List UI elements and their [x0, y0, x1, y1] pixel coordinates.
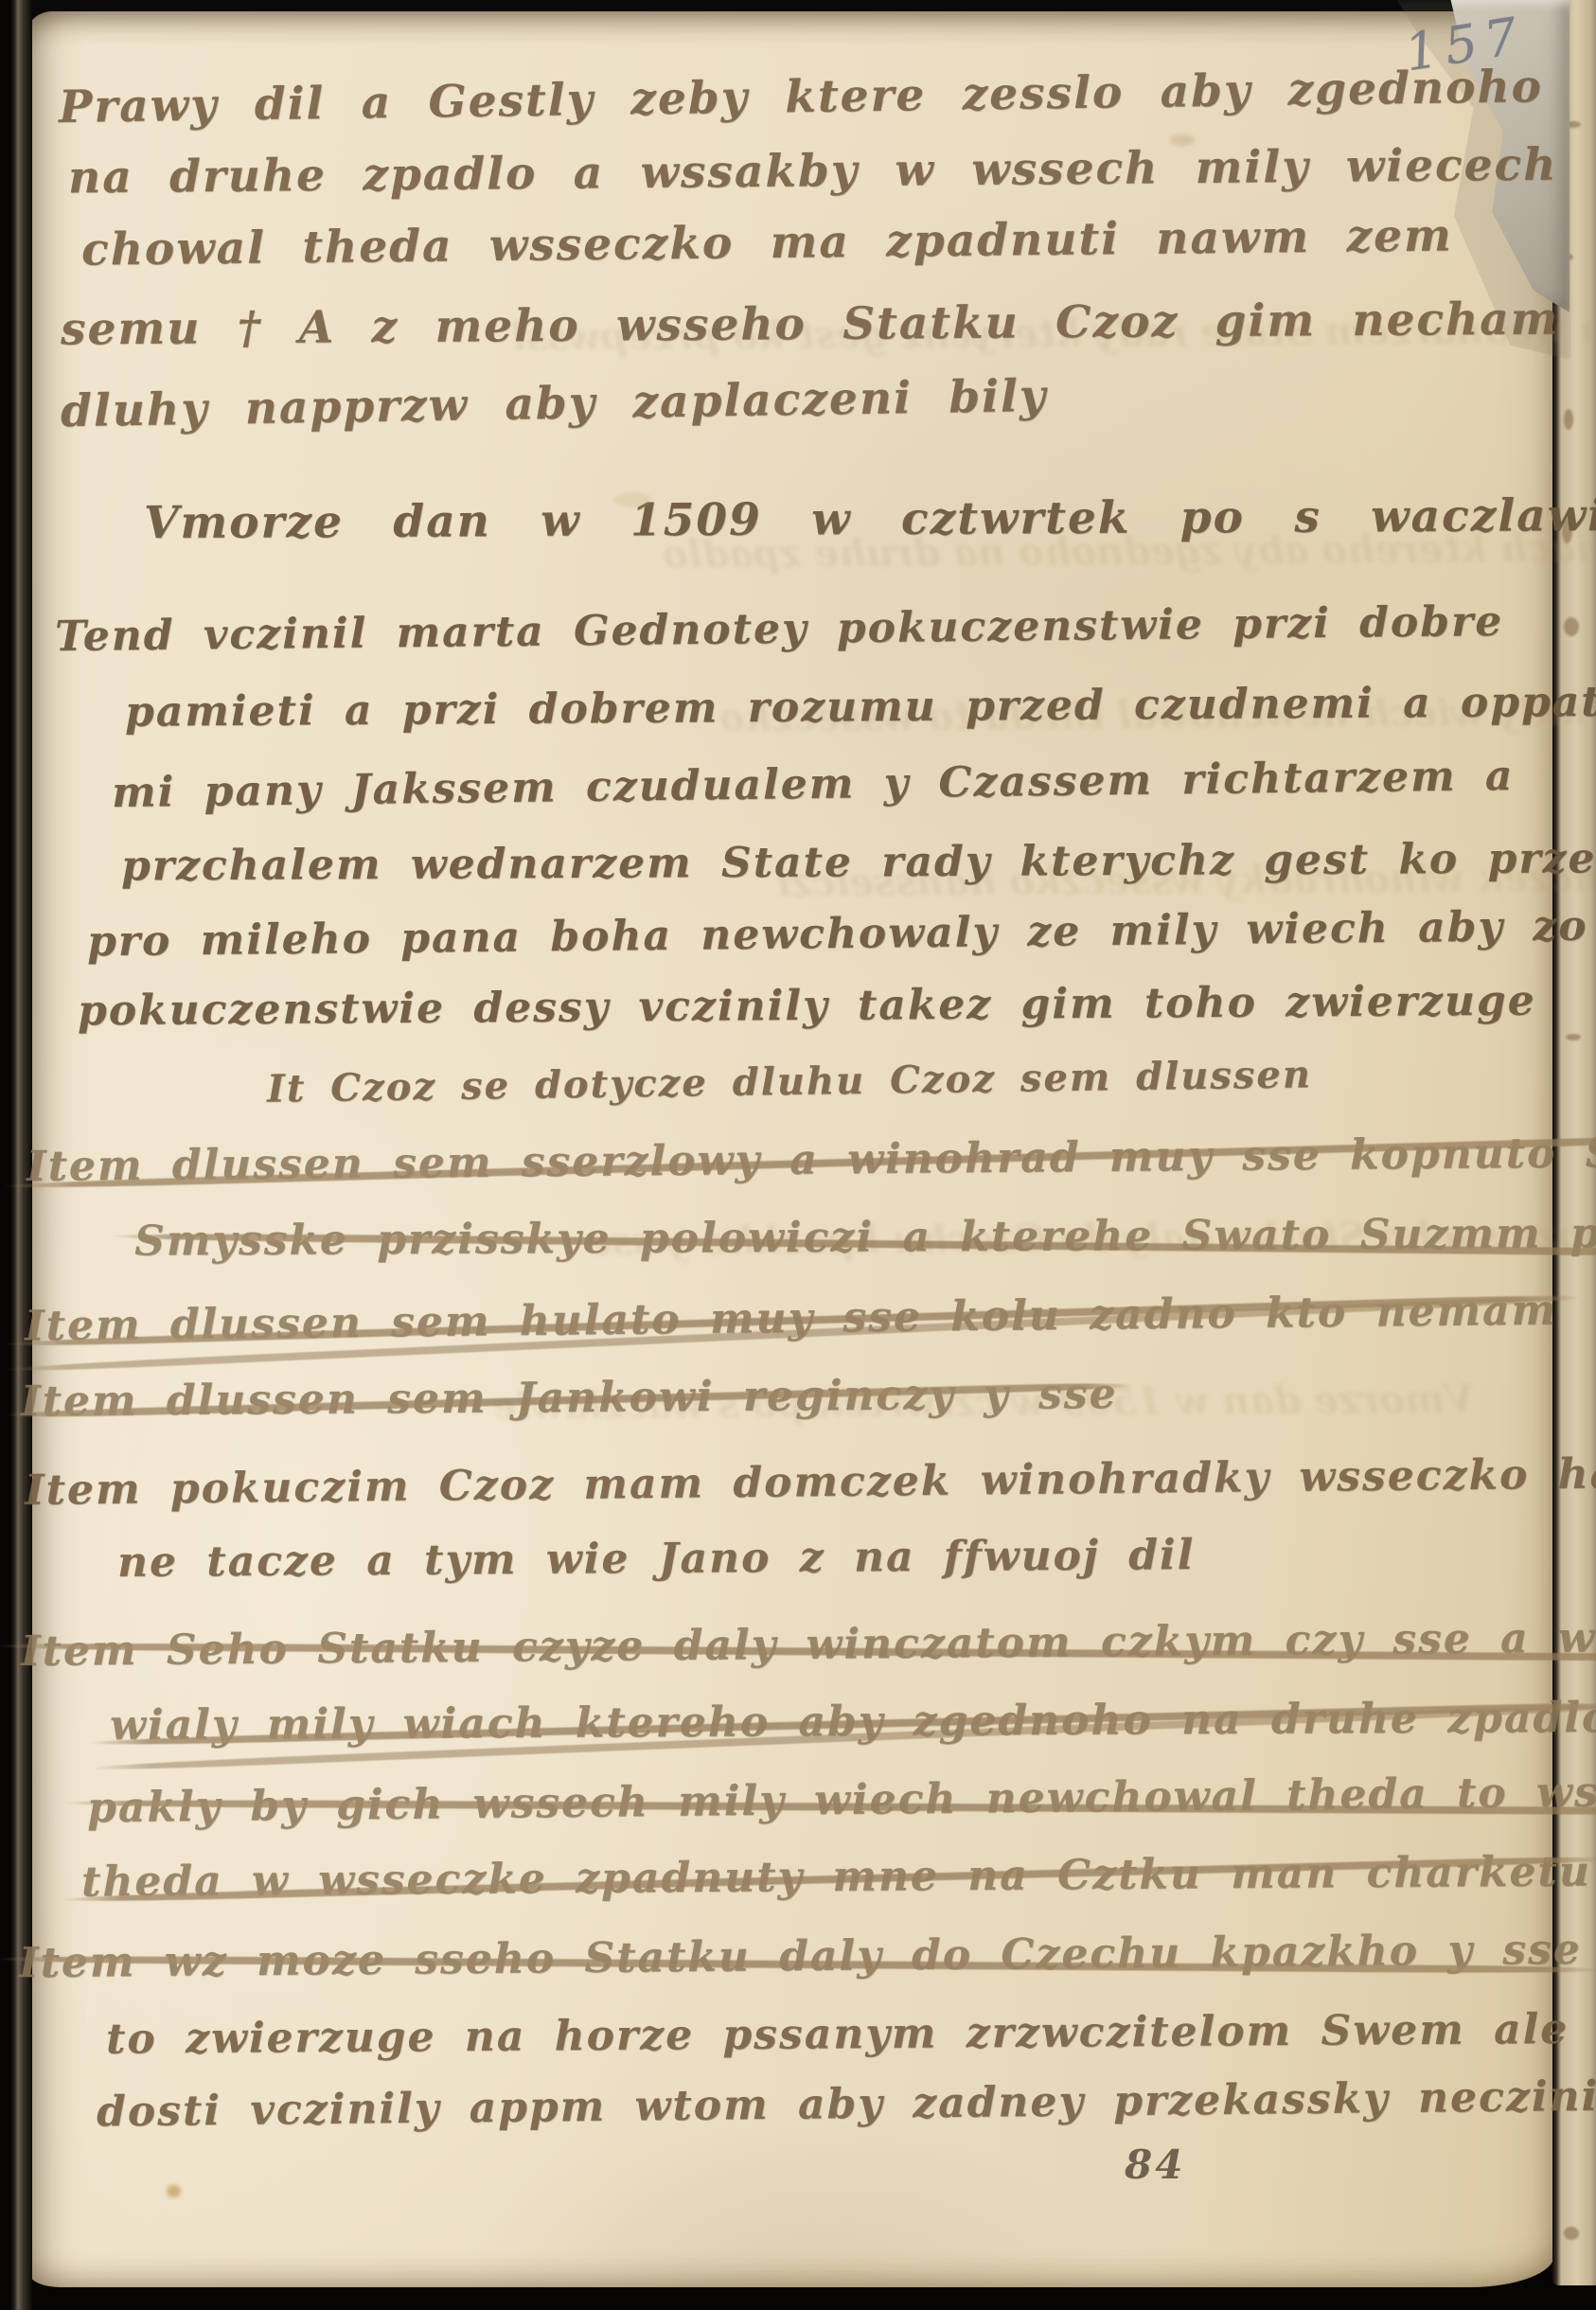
manuscript-line: na druhe zpadlo a wssakby w wssech mily …	[68, 141, 1596, 202]
manuscript-line-struck: theda w wsseczke zpadnuty mne na Cztku m…	[81, 1850, 1591, 1904]
folio-number-bottom: 84	[1125, 2145, 1185, 2185]
paper-stain	[1170, 134, 1195, 146]
adjacent-page-ink-mark	[1564, 409, 1573, 430]
manuscript-line-dated: Vmorze dan w 1509 w cztwrtek po s waczla…	[144, 492, 1596, 547]
manuscript-scan: przchalem wednarzem State rady kterychz …	[0, 0, 1596, 2310]
manuscript-line: przchalem wednarzem State rady kterychz …	[121, 837, 1596, 889]
manuscript-line: pamieti a przi dobrem rozumu przed czudn…	[125, 680, 1596, 735]
manuscript-line: ne tacze a tym wie Jano z na ffwuoj dil	[117, 1534, 1196, 1585]
manuscript-line: to zwierzuge na horze pssanym zrzwczitel…	[106, 2007, 1596, 2062]
manuscript-line: pokuczenstwie dessy vczinily takez gim t…	[78, 980, 1536, 1034]
adjacent-page-ink-mark	[1566, 1034, 1581, 1040]
manuscript-line-struck: Smysske przisskye polowiczi a kterehe Sw…	[134, 1211, 1596, 1263]
adjacent-page-ink-mark	[1564, 617, 1579, 636]
adjacent-page-ink-mark	[1564, 2227, 1579, 2240]
paper-stain	[613, 492, 651, 507]
manuscript-line: semu † A z meho wsseho Statku Czoz gim n…	[61, 295, 1560, 352]
manuscript-line-struck: Item dlussen sem Jankowi reginczy y sse	[21, 1373, 1118, 1424]
paper-stain	[167, 2185, 181, 2197]
manuscript-line-struck: wialy mily wiach ktereho aby zgednoho na…	[110, 1697, 1596, 1748]
